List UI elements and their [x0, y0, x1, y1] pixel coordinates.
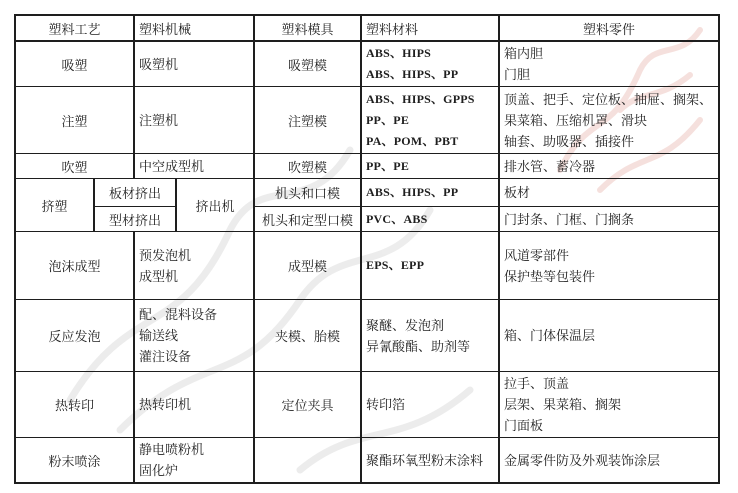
cell-parts: 风道零部件保护垫等包装件 [499, 232, 719, 300]
cell-subprocess: 板材挤出 [94, 179, 176, 207]
cell-parts: 箱内胆门胆 [499, 41, 719, 87]
cell-materials: ABS、HIPSABS、HIPS、PP [361, 41, 499, 87]
cell-materials: PVC、ABS [361, 207, 499, 232]
cell-mold: 吹塑模 [254, 154, 361, 179]
cell-parts: 顶盖、把手、定位板、抽屉、搁架、果菜箱、压缩机罩、滑块轴套、助吸器、插接件 [499, 87, 719, 154]
cell-process: 吹塑 [15, 154, 134, 179]
cell-materials: 聚酯环氧型粉末涂料 [361, 438, 499, 484]
header-row: 塑料工艺 塑料机械 塑料模具 塑料材料 塑料零件 [15, 15, 719, 41]
cell-process: 注塑 [15, 87, 134, 154]
cell-process: 吸塑 [15, 41, 134, 87]
row-extrusion-sheet: 挤塑 板材挤出 挤出机 机头和口模 ABS、HIPS、PP 板材 [15, 179, 719, 207]
header-mold: 塑料模具 [254, 15, 361, 41]
plastic-process-table: 塑料工艺 塑料机械 塑料模具 塑料材料 塑料零件 吸塑 吸塑机 吸塑模 ABS、… [14, 14, 720, 484]
header-machinery: 塑料机械 [134, 15, 254, 41]
cell-mold: 机头和口模 [254, 179, 361, 207]
header-process: 塑料工艺 [15, 15, 134, 41]
cell-mold: 注塑模 [254, 87, 361, 154]
cell-process: 热转印 [15, 372, 134, 438]
cell-machinery: 热转印机 [134, 372, 254, 438]
cell-materials: ABS、HIPS、GPPSPP、PEPA、POM、PBT [361, 87, 499, 154]
cell-mold: 机头和定型口模 [254, 207, 361, 232]
row-extrusion-profile: 型材挤出 机头和定型口模 PVC、ABS 门封条、门框、门搁条 [15, 207, 719, 232]
cell-machinery: 静电喷粉机固化炉 [134, 438, 254, 484]
cell-mold: 吸塑模 [254, 41, 361, 87]
cell-mold: 定位夹具 [254, 372, 361, 438]
cell-materials: 转印箔 [361, 372, 499, 438]
cell-parts: 金属零件防及外观装饰涂层 [499, 438, 719, 484]
cell-subprocess: 型材挤出 [94, 207, 176, 232]
row-thermal-transfer: 热转印 热转印机 定位夹具 转印箔 拉手、顶盖层架、果菜箱、搁架门面板 [15, 372, 719, 438]
cell-machinery: 中空成型机 [134, 154, 254, 179]
cell-materials: PP、PE [361, 154, 499, 179]
cell-machinery: 配、混料设备输送线灌注设备 [134, 300, 254, 372]
cell-process: 反应发泡 [15, 300, 134, 372]
cell-process: 挤塑 [15, 179, 94, 232]
cell-mold: 夹模、胎模 [254, 300, 361, 372]
cell-parts: 拉手、顶盖层架、果菜箱、搁架门面板 [499, 372, 719, 438]
cell-materials: EPS、EPP [361, 232, 499, 300]
row-injection-molding: 注塑 注塑机 注塑模 ABS、HIPS、GPPSPP、PEPA、POM、PBT … [15, 87, 719, 154]
cell-mold-empty [254, 438, 361, 484]
cell-process: 泡沫成型 [15, 232, 134, 300]
cell-machinery: 注塑机 [134, 87, 254, 154]
cell-materials: 聚醚、发泡剂异氰酸酯、助剂等 [361, 300, 499, 372]
row-reaction-foaming: 反应发泡 配、混料设备输送线灌注设备 夹模、胎模 聚醚、发泡剂异氰酸酯、助剂等 … [15, 300, 719, 372]
cell-parts: 箱、门体保温层 [499, 300, 719, 372]
cell-mold: 成型模 [254, 232, 361, 300]
row-blow-molding: 吹塑 中空成型机 吹塑模 PP、PE 排水管、蓄冷器 [15, 154, 719, 179]
header-materials: 塑料材料 [361, 15, 499, 41]
row-vacuum-forming: 吸塑 吸塑机 吸塑模 ABS、HIPSABS、HIPS、PP 箱内胆门胆 [15, 41, 719, 87]
row-foam-molding: 泡沫成型 预发泡机成型机 成型模 EPS、EPP 风道零部件保护垫等包装件 [15, 232, 719, 300]
cell-materials: ABS、HIPS、PP [361, 179, 499, 207]
cell-process: 粉末喷涂 [15, 438, 134, 484]
cell-parts: 门封条、门框、门搁条 [499, 207, 719, 232]
cell-machinery: 挤出机 [176, 179, 254, 232]
cell-parts: 排水管、蓄冷器 [499, 154, 719, 179]
cell-parts: 板材 [499, 179, 719, 207]
header-parts: 塑料零件 [499, 15, 719, 41]
row-powder-coating: 粉末喷涂 静电喷粉机固化炉 聚酯环氧型粉末涂料 金属零件防及外观装饰涂层 [15, 438, 719, 484]
cell-machinery: 预发泡机成型机 [134, 232, 254, 300]
cell-machinery: 吸塑机 [134, 41, 254, 87]
